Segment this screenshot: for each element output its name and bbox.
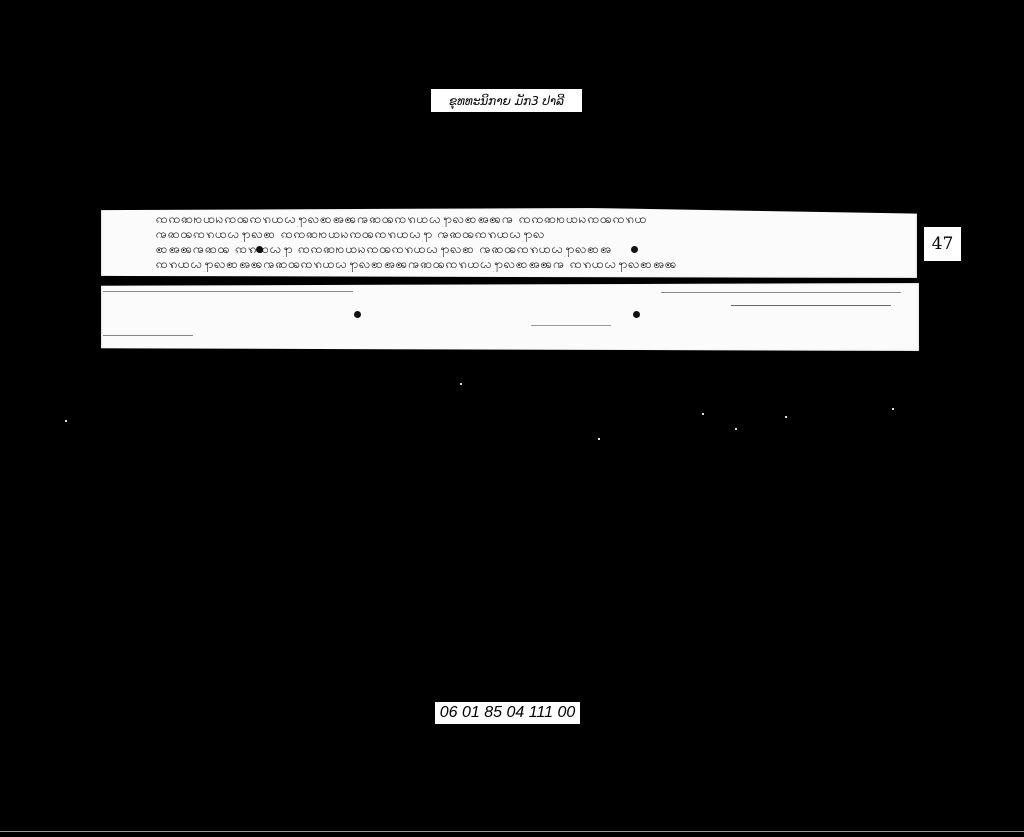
- manuscript-line: ꩧꩨꩩꩠꩣꩪ ꩡꩫꩤꩬꩭ ꩡꩡꩣꩯꩤꩢꩡꩪꩡꩫꩤꩬꩭꩮꩧ ꩠꩣꩪꩡꩫꩤꩬꩭꩮꩧꩨ: [156, 242, 897, 257]
- string-hole-right: [633, 311, 640, 318]
- scan-streak: [103, 291, 353, 292]
- title-label: ຂຸທທະນິກາຍ ມັກ3 ປາລີ: [431, 89, 582, 112]
- manuscript-line: ꩠꩣꩪꩡꩫꩤꩬꩭꩮꩧ ꩡꩡꩣꩯꩤꩢꩡꩪꩡꩫꩤꩬꩭ ꩠꩣꩪꩡꩫꩤꩬꩭꩮ: [156, 227, 897, 242]
- palm-leaf-recto: ꩡꩡꩣꩯꩤꩢꩡꩪꩡꩫꩤꩬꩭꩮꩧꩨꩩꩠꩣꩪꩡꩫꩤꩬꩭꩮꩧꩨꩩꩠ ꩡꩡꩣꩯꩤꩢꩡꩪꩡ…: [101, 208, 917, 278]
- dust-speck: [785, 416, 787, 418]
- dust-speck: [892, 408, 894, 410]
- dust-speck: [460, 383, 462, 385]
- dust-speck: [702, 413, 704, 415]
- scan-streak: [731, 305, 891, 306]
- dust-speck: [598, 438, 600, 440]
- string-hole-left: [354, 311, 361, 318]
- scan-streak: [531, 325, 611, 326]
- palm-leaf-verso: [101, 283, 919, 351]
- manuscript-line: ꩡꩡꩣꩯꩤꩢꩡꩪꩡꩫꩤꩬꩭꩮꩧꩨꩩꩠꩣꩪꩡꩫꩤꩬꩭꩮꩧꩨꩩꩠ ꩡꩡꩣꩯꩤꩢꩡꩪꩡ…: [156, 212, 897, 227]
- manuscript-line: ꩡꩫꩤꩬꩭꩮꩧꩨꩩꩠꩣꩪꩡꩫꩤꩬꩭꩮꩧꩨꩩꩠꩣꩪꩡꩫꩤꩬꩭꩮꩧꩨꩩꩠ ꩡꩫꩤꩬꩭ…: [156, 257, 897, 272]
- dust-speck: [65, 420, 67, 422]
- string-hole-left: [256, 246, 263, 253]
- string-hole-right: [631, 246, 638, 253]
- manuscript-text: ꩡꩡꩣꩯꩤꩢꩡꩪꩡꩫꩤꩬꩭꩮꩧꩨꩩꩠꩣꩪꩡꩫꩤꩬꩭꩮꩧꩨꩩꩠ ꩡꩡꩣꩯꩤꩢꩡꩪꩡ…: [156, 212, 897, 272]
- page-number-label: 47: [924, 227, 961, 261]
- reel-id-label: 06 01 85 04 111 00: [435, 702, 580, 724]
- scan-streak: [661, 292, 901, 293]
- scan-streak: [103, 335, 193, 336]
- film-edge: [0, 831, 1024, 832]
- dust-speck: [735, 428, 737, 430]
